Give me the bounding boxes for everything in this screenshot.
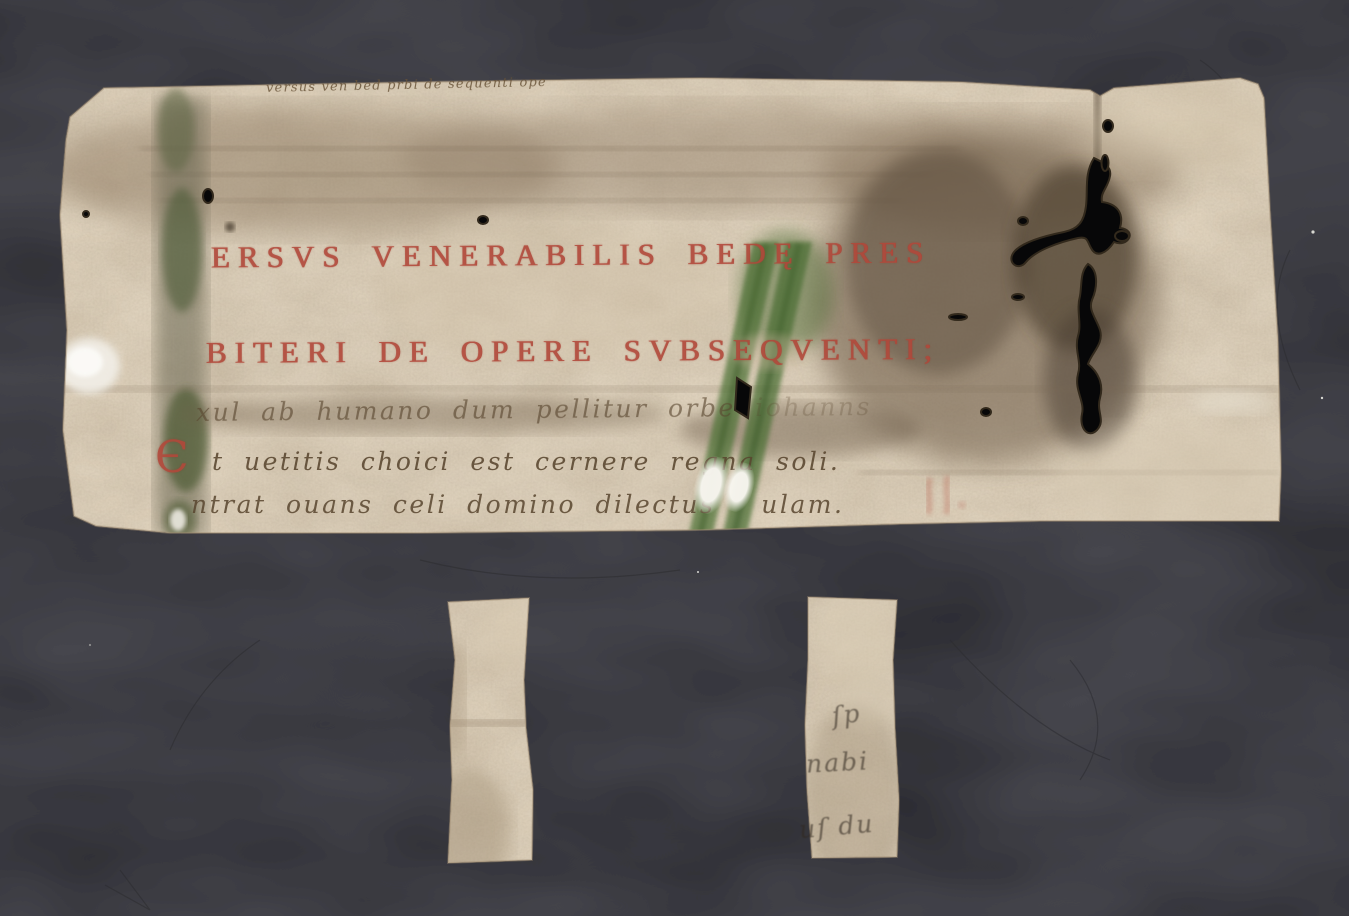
photograph-scene: versus ven bed prbi de sequenti ope ERSV… [0,0,1349,916]
parchment-artwork [0,0,1349,916]
parchment-strip-right [800,590,907,887]
main-parchment-fragment [40,60,1305,550]
